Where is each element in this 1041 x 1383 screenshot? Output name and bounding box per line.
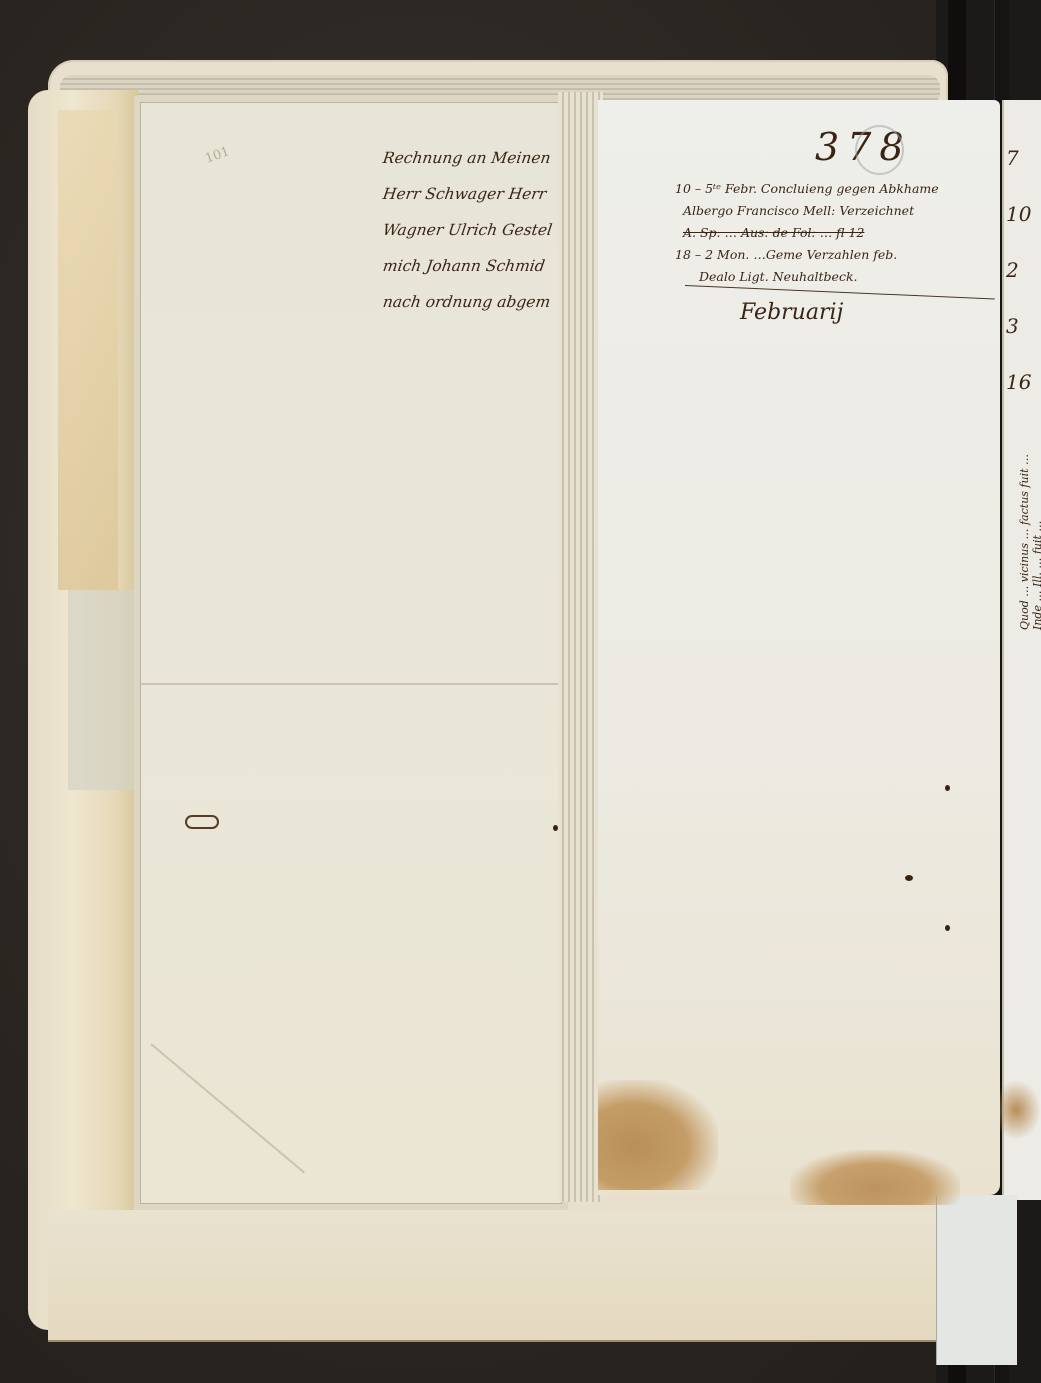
discoloration: [68, 590, 148, 790]
entry-line: A. Sp. … Aus: de Fol: … fl 12: [675, 222, 939, 244]
ink-blot: [945, 785, 950, 791]
entry-line: 18 – 2 Mon. …Geme Verzahlen feb.: [675, 244, 939, 266]
discoloration: [58, 110, 118, 590]
stamp-circle: [855, 125, 904, 175]
fold-line: [141, 683, 561, 685]
water-stain: [790, 1150, 960, 1205]
bottom-flap: [48, 1210, 938, 1342]
left-cover: [28, 90, 138, 1330]
margin-mark: 10: [1006, 186, 1041, 242]
water-stain: [598, 1080, 718, 1190]
folio-number: 378: [815, 125, 912, 169]
gutter: [558, 92, 603, 1202]
entry-line: Albergo Francisco Mell: Verzeichnet: [675, 200, 939, 222]
left-page-note: Rechnung an Meinen Herr Schwager Herr Wa…: [383, 140, 552, 320]
ledger-entries: 10 – 5ᵗᵉ Febr. Concluieng gegen Abkhame …: [675, 178, 939, 288]
margin-mark: 7: [1006, 130, 1041, 186]
entry-line: 10 – 5ᵗᵉ Febr. Concluieng gegen Abkhame: [675, 178, 939, 200]
margin-mark: 2: [1006, 242, 1041, 298]
rotated-margin-note: Quod … vicinus … factus fuit … Inde … Il…: [1018, 454, 1041, 630]
note-line: mich Johann Schmid: [380, 248, 554, 284]
margin-mark: 16: [1006, 354, 1041, 410]
month-heading: Februarij: [740, 300, 843, 325]
paper-tab: [936, 1195, 1017, 1365]
margin-mark: 3: [1006, 298, 1041, 354]
note-line: Rechnung an Meinen: [380, 140, 554, 176]
note-line: nach ordnung abgem: [380, 284, 554, 320]
fold-line: [150, 1043, 304, 1173]
note-line: Herr Schwager Herr: [380, 176, 554, 212]
ink-blot: [185, 815, 219, 829]
note-line: Wagner Ulrich Gestel: [380, 212, 554, 248]
note-line: Inde … Ill. … fuit …: [1031, 454, 1041, 630]
margin-marks: 7 10 2 3 16: [1006, 130, 1041, 410]
entry-line: Dealo Ligt. Neuhaltbeck.: [675, 266, 939, 288]
ink-blot: [905, 875, 913, 881]
note-line: Quod … vicinus … factus fuit …: [1018, 454, 1031, 630]
water-stain: [1000, 1080, 1041, 1140]
ink-blot: [945, 925, 950, 931]
